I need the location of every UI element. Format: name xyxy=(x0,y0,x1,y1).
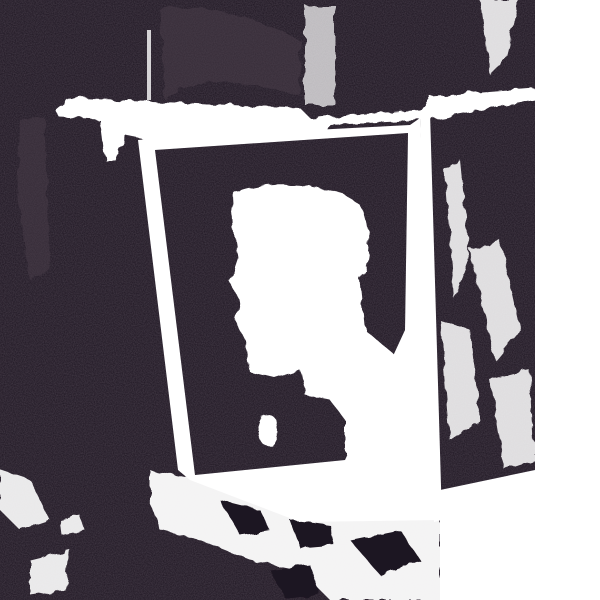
upper-picture-right-strip xyxy=(305,5,335,105)
collar-highlight xyxy=(258,414,278,446)
photo-canvas xyxy=(0,0,600,600)
photocopy-photo xyxy=(0,0,600,600)
upper-frame-left-edge xyxy=(147,30,151,100)
